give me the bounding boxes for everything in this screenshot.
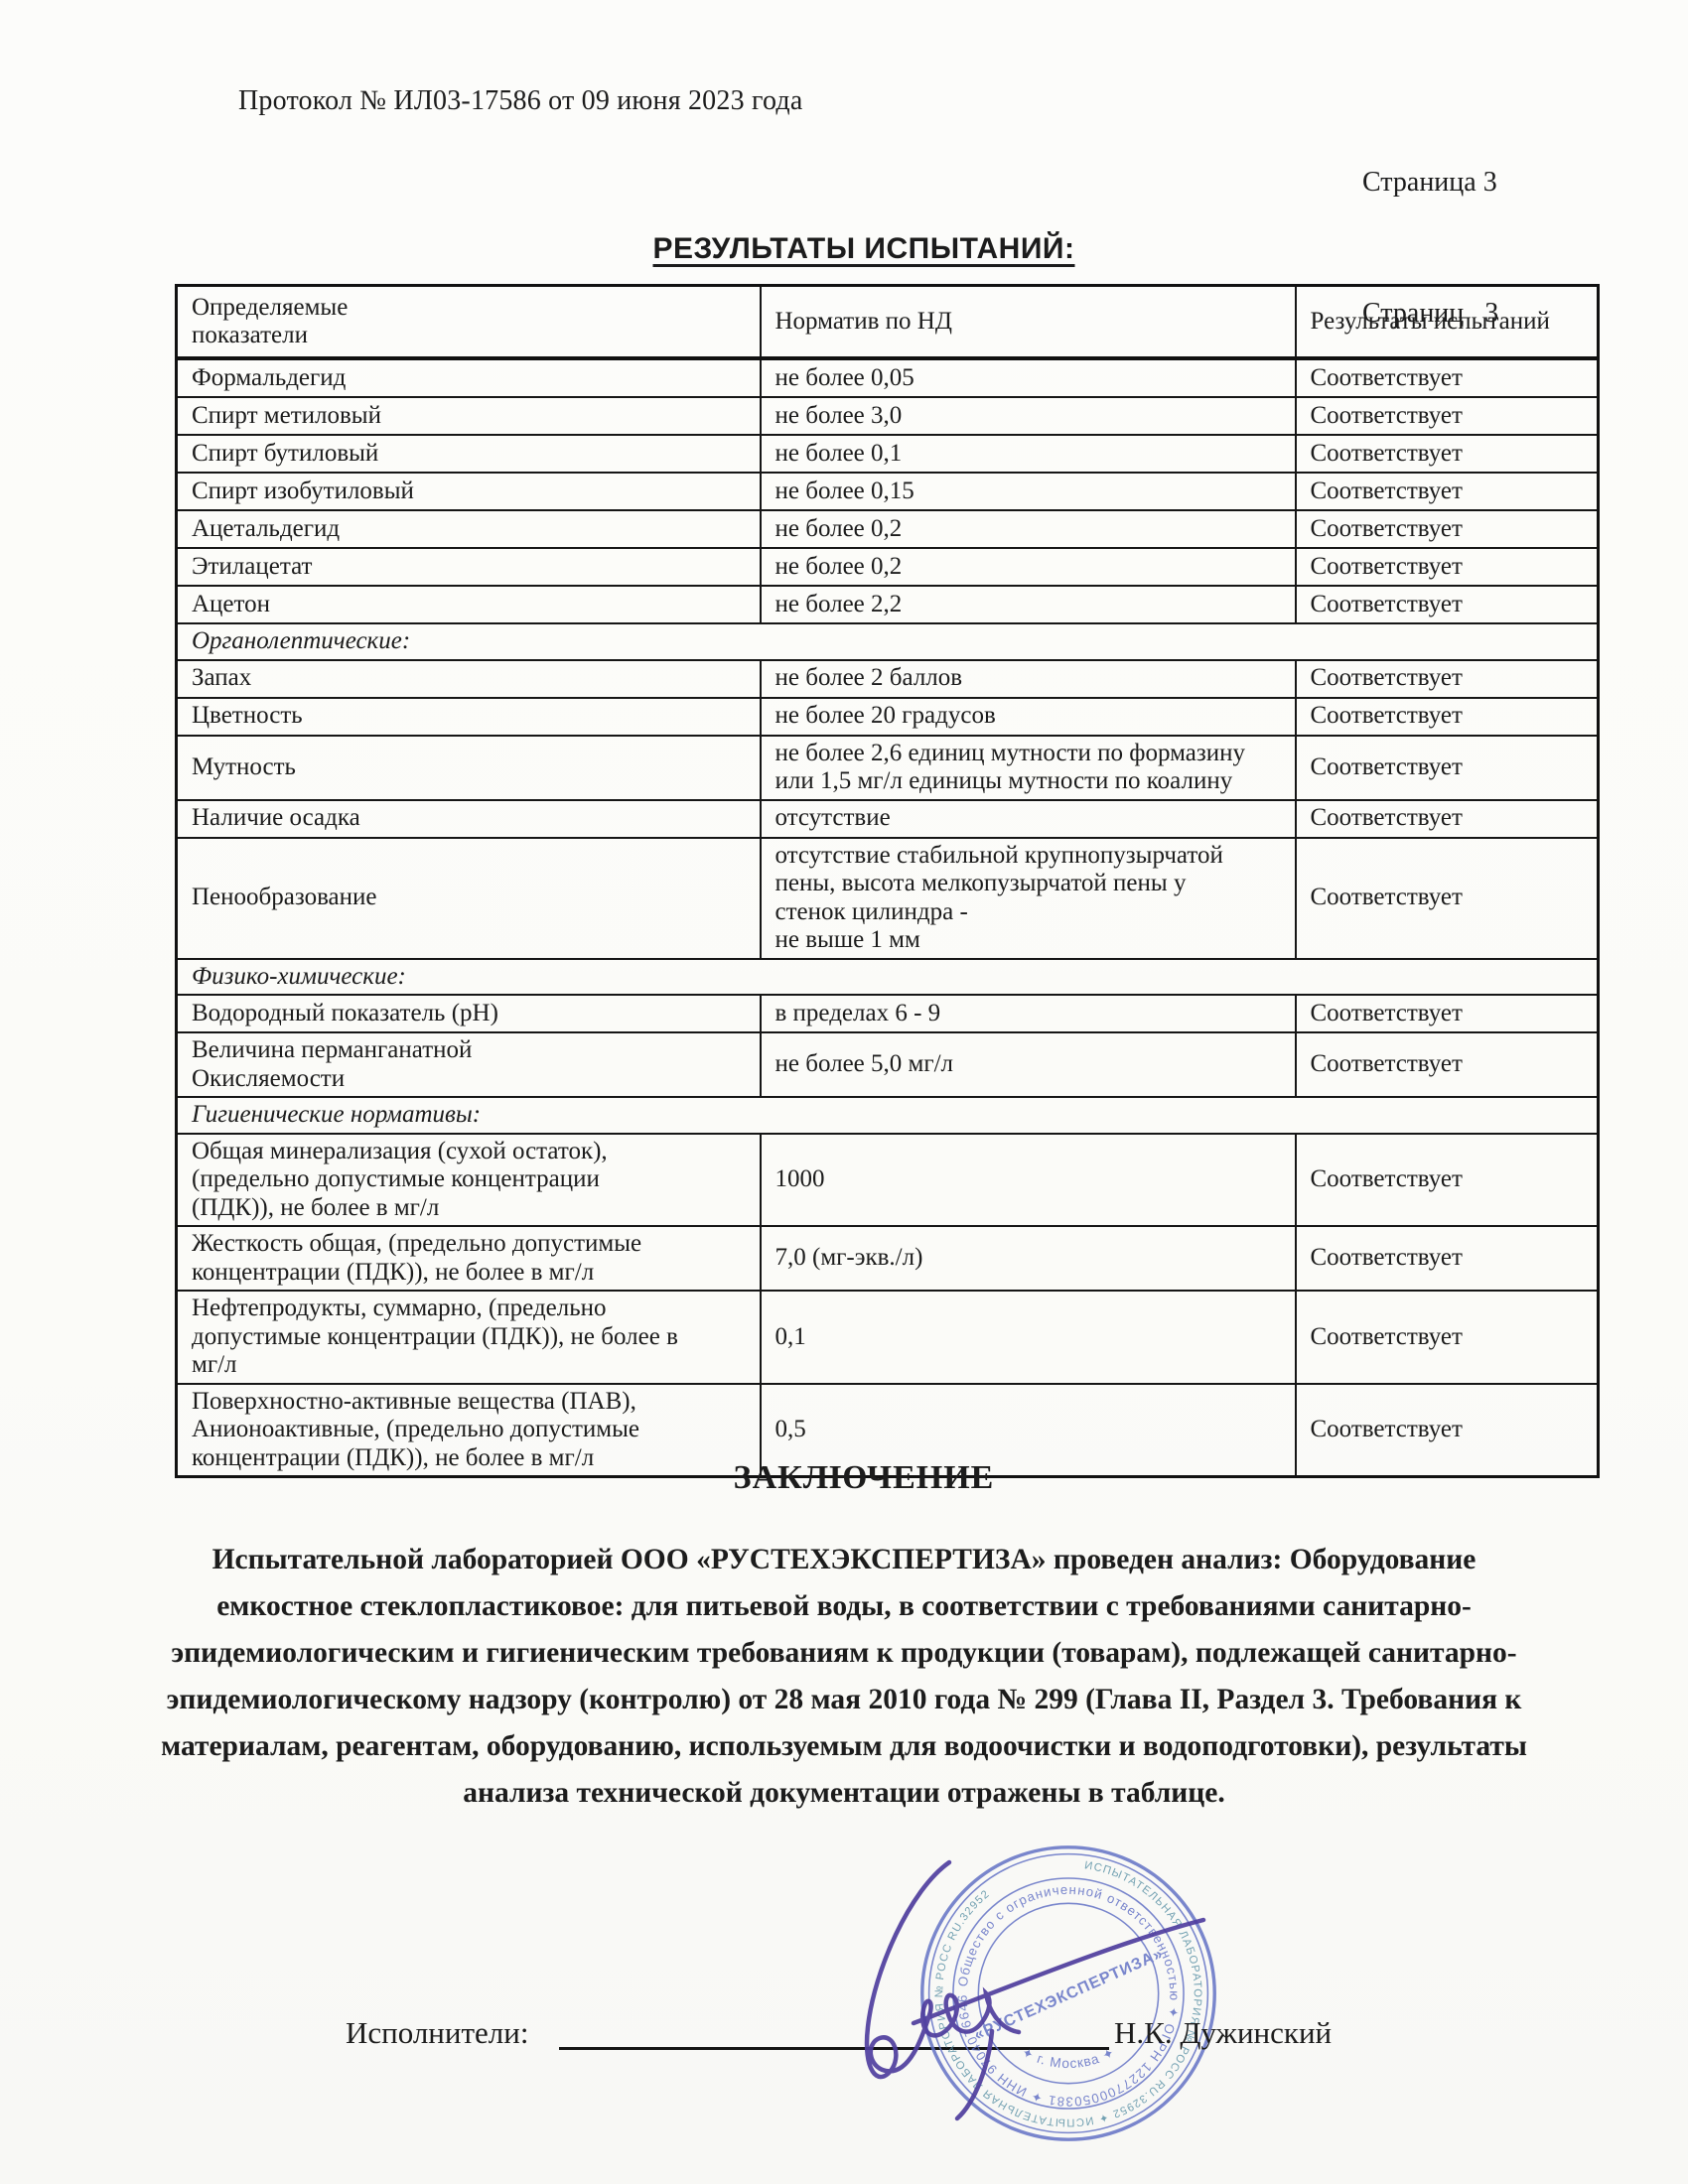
norm-cell: не более 0,2 [761,510,1296,548]
result-cell: Соответствует [1296,397,1599,435]
norm-cell: не более 0,1 [761,435,1296,473]
result-cell: Соответствует [1296,1226,1599,1291]
result-cell: Соответствует [1296,548,1599,586]
norm-cell: не более 0,05 [761,358,1296,397]
table-row: Этилацетат не более 0,2 Соответствует [177,548,1599,586]
result-cell: Соответствует [1296,1291,1599,1384]
indicator-cell: Ацетальдегид [177,510,761,548]
table-row: Величина перманганатной Окисляемости не … [177,1032,1599,1097]
table-row: Жесткость общая, (предельно допустимые к… [177,1226,1599,1291]
result-cell: Соответствует [1296,800,1599,838]
result-cell: Соответствует [1296,660,1599,698]
norm-cell: не более 2,2 [761,586,1296,623]
result-cell: Соответствует [1296,1032,1599,1097]
norm-cell: отсутствие [761,800,1296,838]
indicator-cell: Спирт бутиловый [177,435,761,473]
norm-cell: не более 3,0 [761,397,1296,435]
result-cell: Соответствует [1296,1134,1599,1227]
norm-cell: 0,1 [761,1291,1296,1384]
result-cell: Соответствует [1296,435,1599,473]
result-cell: Соответствует [1296,995,1599,1032]
result-cell: Соответствует [1296,358,1599,397]
table-section-row: Гигиенические нормативы: [177,1097,1599,1134]
table-row: Спирт бутиловый не более 0,1 Соответству… [177,435,1599,473]
table-row: Запах не более 2 баллов Соответствует [177,660,1599,698]
indicator-cell: Величина перманганатной Окисляемости [177,1032,761,1097]
norm-cell: в пределах 6 - 9 [761,995,1296,1032]
page-number: Страница 3 [1362,161,1498,205]
indicator-cell: Этилацетат [177,548,761,586]
handwritten-signature [765,1835,1221,2132]
table-row: Цветность не более 20 градусов Соответст… [177,698,1599,736]
table-row: Ацетон не более 2,2 Соответствует [177,586,1599,623]
results-title: РЕЗУЛЬТАТЫ ИСПЫТАНИЙ: [129,232,1599,266]
norm-cell: 1000 [761,1134,1296,1227]
table-section-row: Физико-химические: [177,959,1599,996]
table-row: Нефтепродукты, суммарно, (предельно допу… [177,1291,1599,1384]
table-row: Пенообразование отсутствие стабильной кр… [177,838,1599,959]
executors-label: Исполнители: [346,2015,528,2051]
table-row: Водородный показатель (pH) в пределах 6 … [177,995,1599,1032]
result-cell: Соответствует [1296,510,1599,548]
conclusion-body: Испытательной лабораторией ООО «РУСТЕХЭК… [141,1537,1547,1817]
table-row: Ацетальдегид не более 0,2 Соответствует [177,510,1599,548]
section-label-cell: Органолептические: [177,623,1599,660]
table-row: Наличие осадка отсутствие Соответствует [177,800,1599,838]
indicator-cell: Нефтепродукты, суммарно, (предельно допу… [177,1291,761,1384]
column-header-indicators: Определяемые показатели [177,286,761,359]
result-cell: Соответствует [1296,473,1599,510]
section-label-cell: Гигиенические нормативы: [177,1097,1599,1134]
table-section-row: Органолептические: [177,623,1599,660]
indicator-cell: Общая минерализация (сухой остаток), (пр… [177,1134,761,1227]
result-cell: Соответствует [1296,838,1599,959]
results-table: Определяемые показатели Норматив по НД Р… [175,284,1600,1478]
table-row: Общая минерализация (сухой остаток), (пр… [177,1134,1599,1227]
result-cell: Соответствует [1296,736,1599,800]
indicator-cell: Жесткость общая, (предельно допустимые к… [177,1226,761,1291]
indicator-cell: Запах [177,660,761,698]
norm-cell: 7,0 (мг-экв./л) [761,1226,1296,1291]
norm-cell: не более 2,6 единиц мутности по формазин… [761,736,1296,800]
indicator-cell: Цветность [177,698,761,736]
indicator-cell: Спирт метиловый [177,397,761,435]
norm-cell: отсутствие стабильной крупнопузырчатой п… [761,838,1296,959]
result-cell: Соответствует [1296,586,1599,623]
result-cell: Соответствует [1296,698,1599,736]
table-row: Спирт изобутиловый не более 0,15 Соответ… [177,473,1599,510]
table-header-row: Определяемые показатели Норматив по НД Р… [177,286,1599,359]
document-page: Протокол № ИЛ03-17586 от 09 июня 2023 го… [0,0,1688,2184]
indicator-cell: Пенообразование [177,838,761,959]
indicator-cell: Водородный показатель (pH) [177,995,761,1032]
indicator-cell: Мутность [177,736,761,800]
norm-cell: не более 2 баллов [761,660,1296,698]
column-header-results: Результаты испытаний [1296,286,1599,359]
protocol-number-line: Протокол № ИЛ03-17586 от 09 июня 2023 го… [238,85,802,117]
indicator-cell: Спирт изобутиловый [177,473,761,510]
norm-cell: не более 0,15 [761,473,1296,510]
column-header-norm: Норматив по НД [761,286,1296,359]
table-row: Мутность не более 2,6 единиц мутности по… [177,736,1599,800]
norm-cell: не более 5,0 мг/л [761,1032,1296,1097]
indicator-cell: Ацетон [177,586,761,623]
indicator-cell: Формальдегид [177,358,761,397]
conclusion-title: ЗАКЛЮЧЕНИЕ [129,1459,1599,1497]
indicator-cell: Наличие осадка [177,800,761,838]
results-table-body: Формальдегид не более 0,05 Соответствует… [177,358,1599,1477]
table-row: Формальдегид не более 0,05 Соответствует [177,358,1599,397]
section-label-cell: Физико-химические: [177,959,1599,996]
norm-cell: не более 20 градусов [761,698,1296,736]
norm-cell: не более 0,2 [761,548,1296,586]
table-row: Спирт метиловый не более 3,0 Соответству… [177,397,1599,435]
